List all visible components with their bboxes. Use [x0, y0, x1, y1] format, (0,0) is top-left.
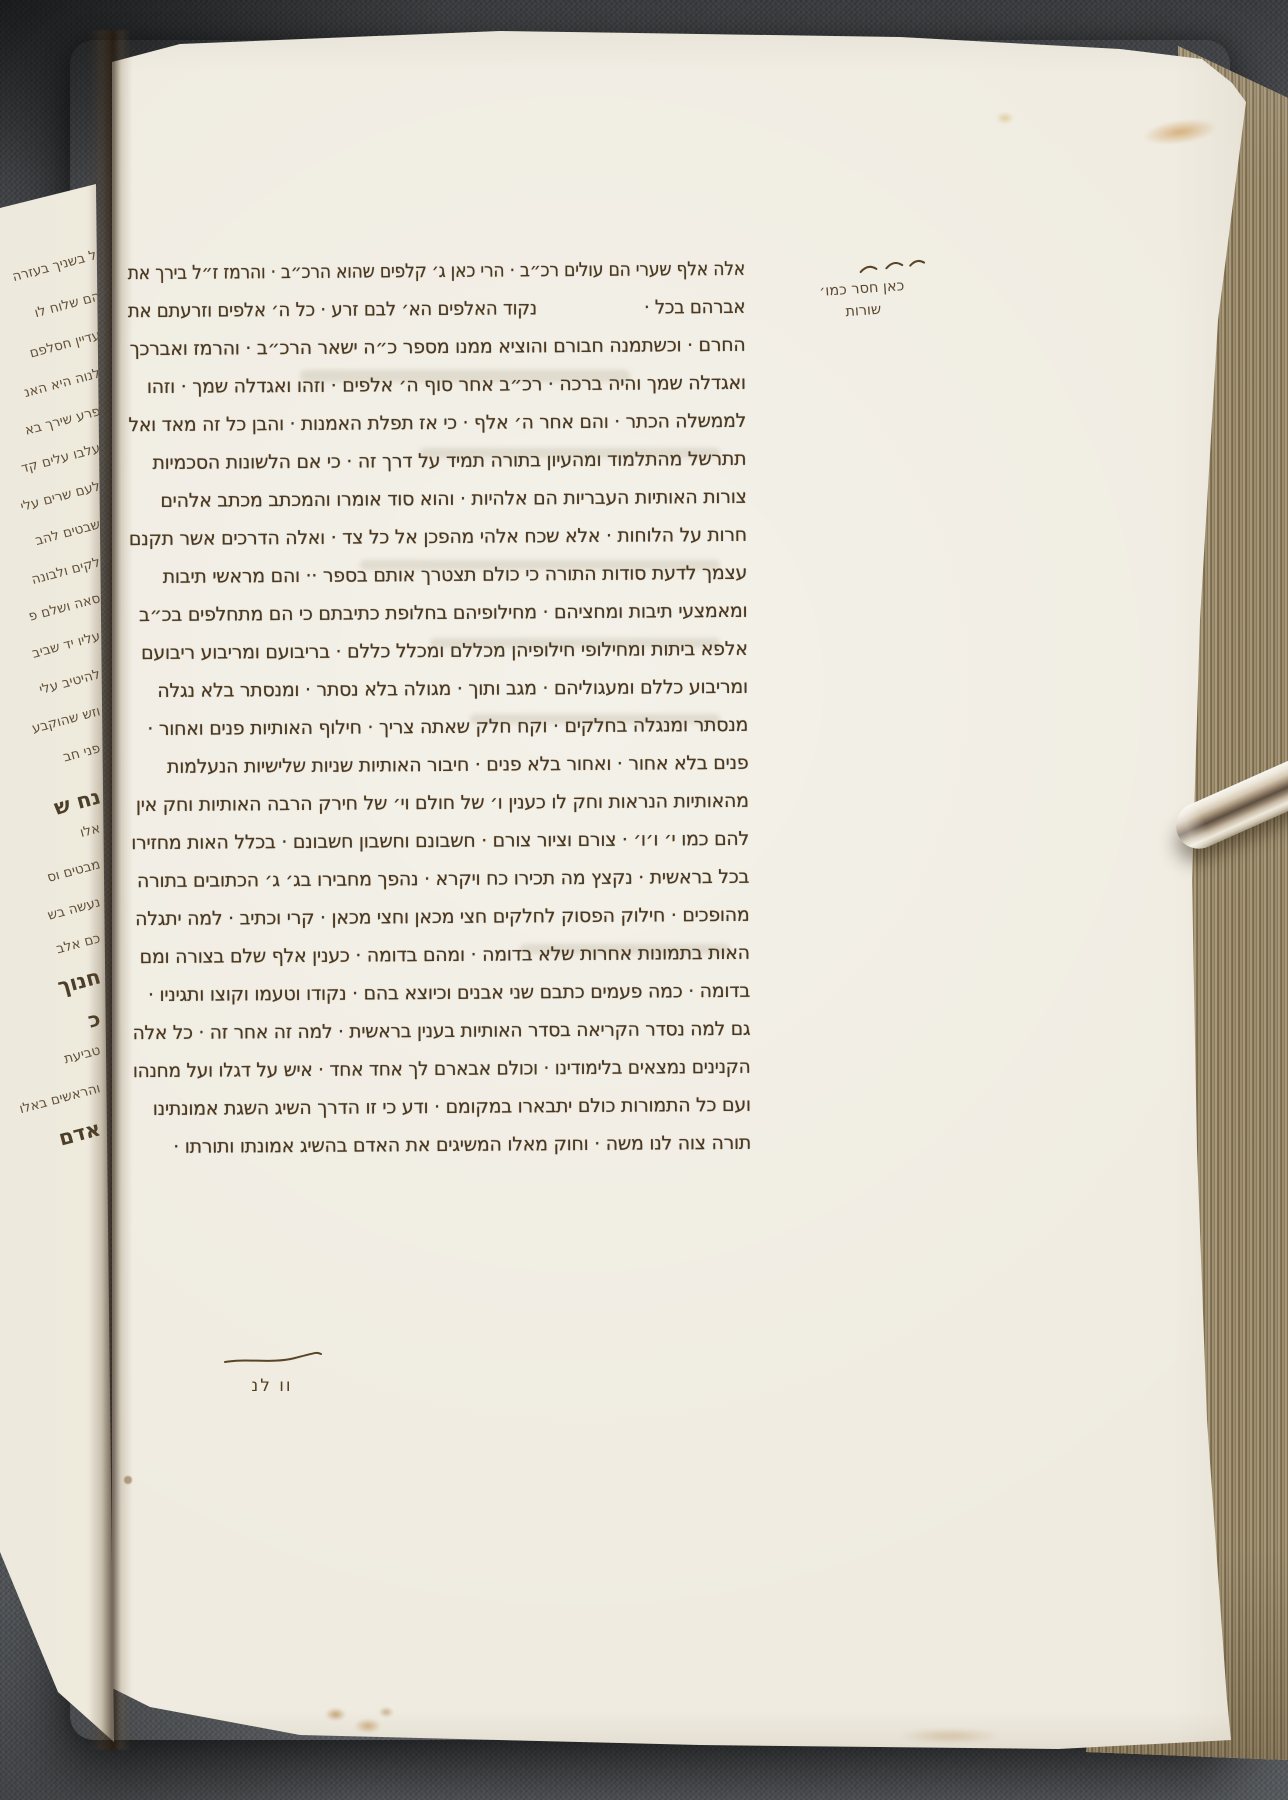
text-line: פנים בלא אחור · ואחור בלא פנים · חיבור ה…	[130, 744, 748, 786]
text-line: ואגדלה שמך והיה ברכה · רכ״ב אחר סוף ה׳ א…	[128, 364, 746, 406]
text-line: ועם כל התמורות כולם יתבארו במקומם · ודע …	[133, 1086, 751, 1128]
text-line: ומריבוע כללם ומעגוליהם · מגב ותוך · מגול…	[130, 668, 748, 710]
text-line: חרות על הלוחות · אלא שכח אלהי מהפכן אל כ…	[131, 516, 747, 558]
text-line: מהאותיות הנראות וחק לו כענין ו׳ של חולם …	[131, 782, 749, 824]
text-line: אלה אלף שערי הם עולים רכ״ב · הרי כאן ג׳ …	[184, 250, 745, 292]
text-line: עצמך לדעת סודות התורה כי כולם תצטרך אותם…	[129, 554, 747, 596]
text-line: תורה צוה לנו משה · וחוק מאלו המשיגים את …	[133, 1124, 751, 1166]
text-line: מנסתר ומנגלה בחלקים · וקח חלק שאתה צריך …	[130, 706, 748, 748]
text-line: להם כמו י׳ ו׳ו׳ · צורם וציור צורם · חשבו…	[132, 820, 749, 862]
text-line: הקנינים נמצאים בלימודינו · וכולם אבארם ל…	[145, 1048, 750, 1090]
text-line: מהופכים · חילוק הפסוק לחלקים חצי מכאן וח…	[131, 896, 749, 938]
text-line: גם למה נסדר הקריאה בסדר האותיות בענין בר…	[140, 1010, 750, 1052]
manuscript-photo: ול בשניך בעזרה הם שלוח לו עדיין חסלפם לנ…	[0, 0, 1288, 1800]
catchword-flourish	[217, 1348, 327, 1370]
text-line: החרם · וכשתמנה חבורם והוציא ממנו מספר כ״…	[127, 326, 745, 368]
text-line: צורות האותיות העבריות הם אלהיות · והוא ס…	[128, 478, 746, 520]
text-line: אלפא ביתות ומחילופי חילופיהן מכללם ומכלל…	[129, 630, 747, 672]
main-text-block: אלה אלף שערי הם עולים רכ״ב · הרי כאן ג׳ …	[127, 250, 751, 1166]
text-line: בכל בראשית · נקצץ מה תכירו כח ויקרא · נה…	[131, 858, 749, 900]
text-line: ומאמצעי תיבות ומחציהם · מחילופיהם בחלופת…	[129, 592, 747, 634]
book-gutter	[88, 30, 132, 1750]
text-line: אברהם בכל · נקוד האלפים הא׳ לבם זרע · כל…	[155, 288, 745, 330]
margin-note: כאן חסר כמו׳ שורות	[786, 257, 938, 327]
text-line: לממשלה הכתר · והם אחר ה׳ אלף · כי אז תפל…	[134, 402, 746, 444]
text-line: האות בתמונות אחרות שלא בדומה · ומהם בדומ…	[132, 934, 750, 976]
text-line: תתרשל מהתלמוד ומהעיון בתורה תמיד על דרך …	[128, 440, 746, 482]
catchword-text: וו לנ	[212, 1376, 332, 1396]
text-line: בדומה · כמה פעמים כתבם שני אבנים וכיוצא …	[132, 972, 750, 1014]
catchword: וו לנ	[212, 1348, 332, 1396]
